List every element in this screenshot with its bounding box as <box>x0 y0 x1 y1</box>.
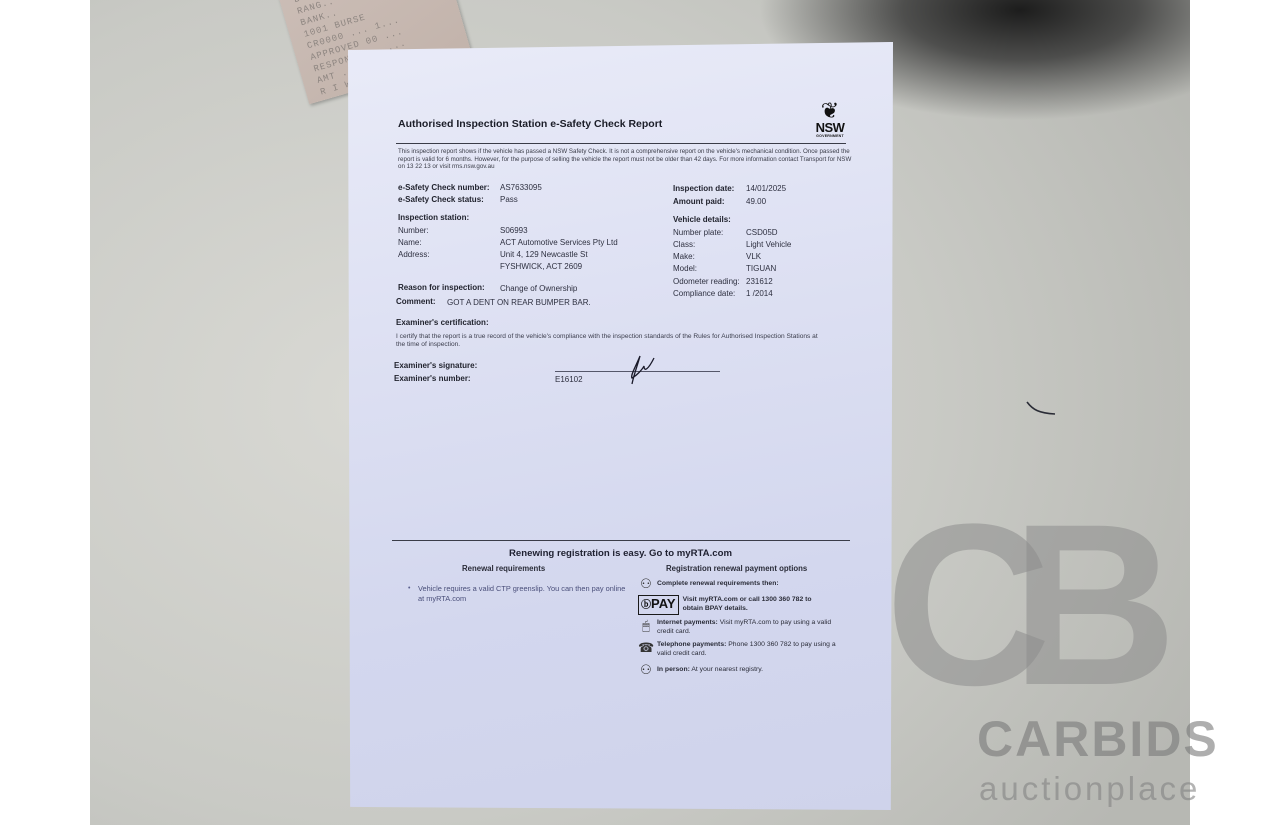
station-number-value: S06993 <box>500 226 528 235</box>
check-status-value: Pass <box>500 195 518 204</box>
check-status-label: e-Safety Check status: <box>398 195 484 204</box>
person-icon: ⚇ <box>638 576 654 592</box>
government-text: GOVERNMENT <box>810 134 850 138</box>
payment-options-heading: Registration renewal payment options <box>666 564 807 573</box>
telephone-payments-label: Telephone payments: <box>657 641 726 648</box>
station-name-label: Name: <box>398 238 422 247</box>
station-heading: Inspection station: <box>398 213 469 222</box>
complete-requirements-text: Complete renewal requirements then: <box>657 576 779 588</box>
model-label: Model: <box>673 264 697 273</box>
reason-label: Reason for inspection: <box>398 283 485 292</box>
computer-mouse-icon: 🖱 <box>638 618 654 634</box>
certification-heading: Examiner's certification: <box>396 318 489 327</box>
payment-phone-row: ☎ Telephone payments: Phone 1300 360 782… <box>638 640 837 658</box>
payment-internet-row: 🖱 Internet payments: Visit myRTA.com to … <box>638 618 837 636</box>
station-number-label: Number: <box>398 226 429 235</box>
person-icon: ⚇ <box>638 662 654 678</box>
plate-value: CSD05D <box>746 228 778 237</box>
station-address-line1: Unit 4, 129 Newcastle St <box>500 250 588 259</box>
nsw-government-logo: ❦ NSW GOVERNMENT <box>810 100 850 138</box>
internet-payments-label: Internet payments: <box>657 619 718 626</box>
reason-value: Change of Ownership <box>500 284 577 293</box>
hair-strand <box>1025 398 1065 420</box>
station-name-value: ACT Automotive Services Pty Ltd <box>500 238 618 247</box>
intro-text: This inspection report shows if the vehi… <box>398 148 853 171</box>
bpay-b-icon: ⓑ <box>641 600 651 611</box>
payment-in-person-row: ⚇ In person: At your nearest registry. <box>638 662 763 678</box>
plate-label: Number plate: <box>673 228 723 237</box>
station-address-label: Address: <box>398 250 430 259</box>
comment-value: GOT A DENT ON REAR BUMPER BAR. <box>447 298 591 307</box>
nsw-wordmark: NSW <box>810 122 850 134</box>
payment-complete-row: ⚇ Complete renewal requirements then: <box>638 576 779 592</box>
renewal-requirement-item: Vehicle requires a valid CTP greenslip. … <box>418 584 628 603</box>
class-label: Class: <box>673 240 695 249</box>
examiner-signature <box>622 348 662 388</box>
payment-bpay-row: ⓑPAY Visit myRTA.com or call 1300 360 78… <box>638 595 833 615</box>
bpay-text: Visit myRTA.com or call 1300 360 782 to … <box>683 595 833 613</box>
report-title: Authorised Inspection Station e-Safety C… <box>398 118 662 130</box>
in-person-text: At your nearest registry. <box>691 666 763 673</box>
check-number-value: AS7633095 <box>500 183 542 192</box>
inspection-date-value: 14/01/2025 <box>746 184 786 193</box>
footer-divider <box>392 540 850 541</box>
class-value: Light Vehicle <box>746 240 791 249</box>
telephone-icon: ☎ <box>638 640 654 656</box>
examiner-number-value: E16102 <box>555 375 583 384</box>
waratah-icon: ❦ <box>810 100 850 122</box>
odometer-label: Odometer reading: <box>673 277 740 286</box>
renewal-title: Renewing registration is easy. Go to myR… <box>348 548 893 559</box>
inspection-report-paper: Authorised Inspection Station e-Safety C… <box>348 42 893 810</box>
check-number-label: e-Safety Check number: <box>398 183 490 192</box>
comment-label: Comment: <box>396 297 436 306</box>
make-label: Make: <box>673 252 695 261</box>
amount-paid-label: Amount paid: <box>673 197 725 206</box>
certification-text: I certify that the report is a true reco… <box>396 333 826 349</box>
compliance-value: 1 /2014 <box>746 289 773 298</box>
in-person-label: In person: <box>657 666 690 673</box>
station-address-line2: FYSHWICK, ACT 2609 <box>500 262 582 271</box>
amount-paid-value: 49.00 <box>746 197 766 206</box>
bpay-logo-text: PAY <box>651 596 676 611</box>
bpay-logo: ⓑPAY <box>638 595 679 615</box>
signature-label: Examiner's signature: <box>394 361 477 370</box>
header-divider <box>396 143 846 144</box>
renewal-requirements-heading: Renewal requirements <box>462 564 545 573</box>
model-value: TIGUAN <box>746 264 776 273</box>
inspection-date-label: Inspection date: <box>673 184 734 193</box>
document-photo: B... RANG.. BANK.. 1001 BURSE CR0000 ...… <box>90 0 1190 825</box>
vehicle-heading: Vehicle details: <box>673 215 731 224</box>
odometer-value: 231612 <box>746 277 773 286</box>
bullet-icon: • <box>408 585 410 592</box>
examiner-number-label: Examiner's number: <box>394 374 471 383</box>
compliance-label: Compliance date: <box>673 289 735 298</box>
make-value: VLK <box>746 252 761 261</box>
